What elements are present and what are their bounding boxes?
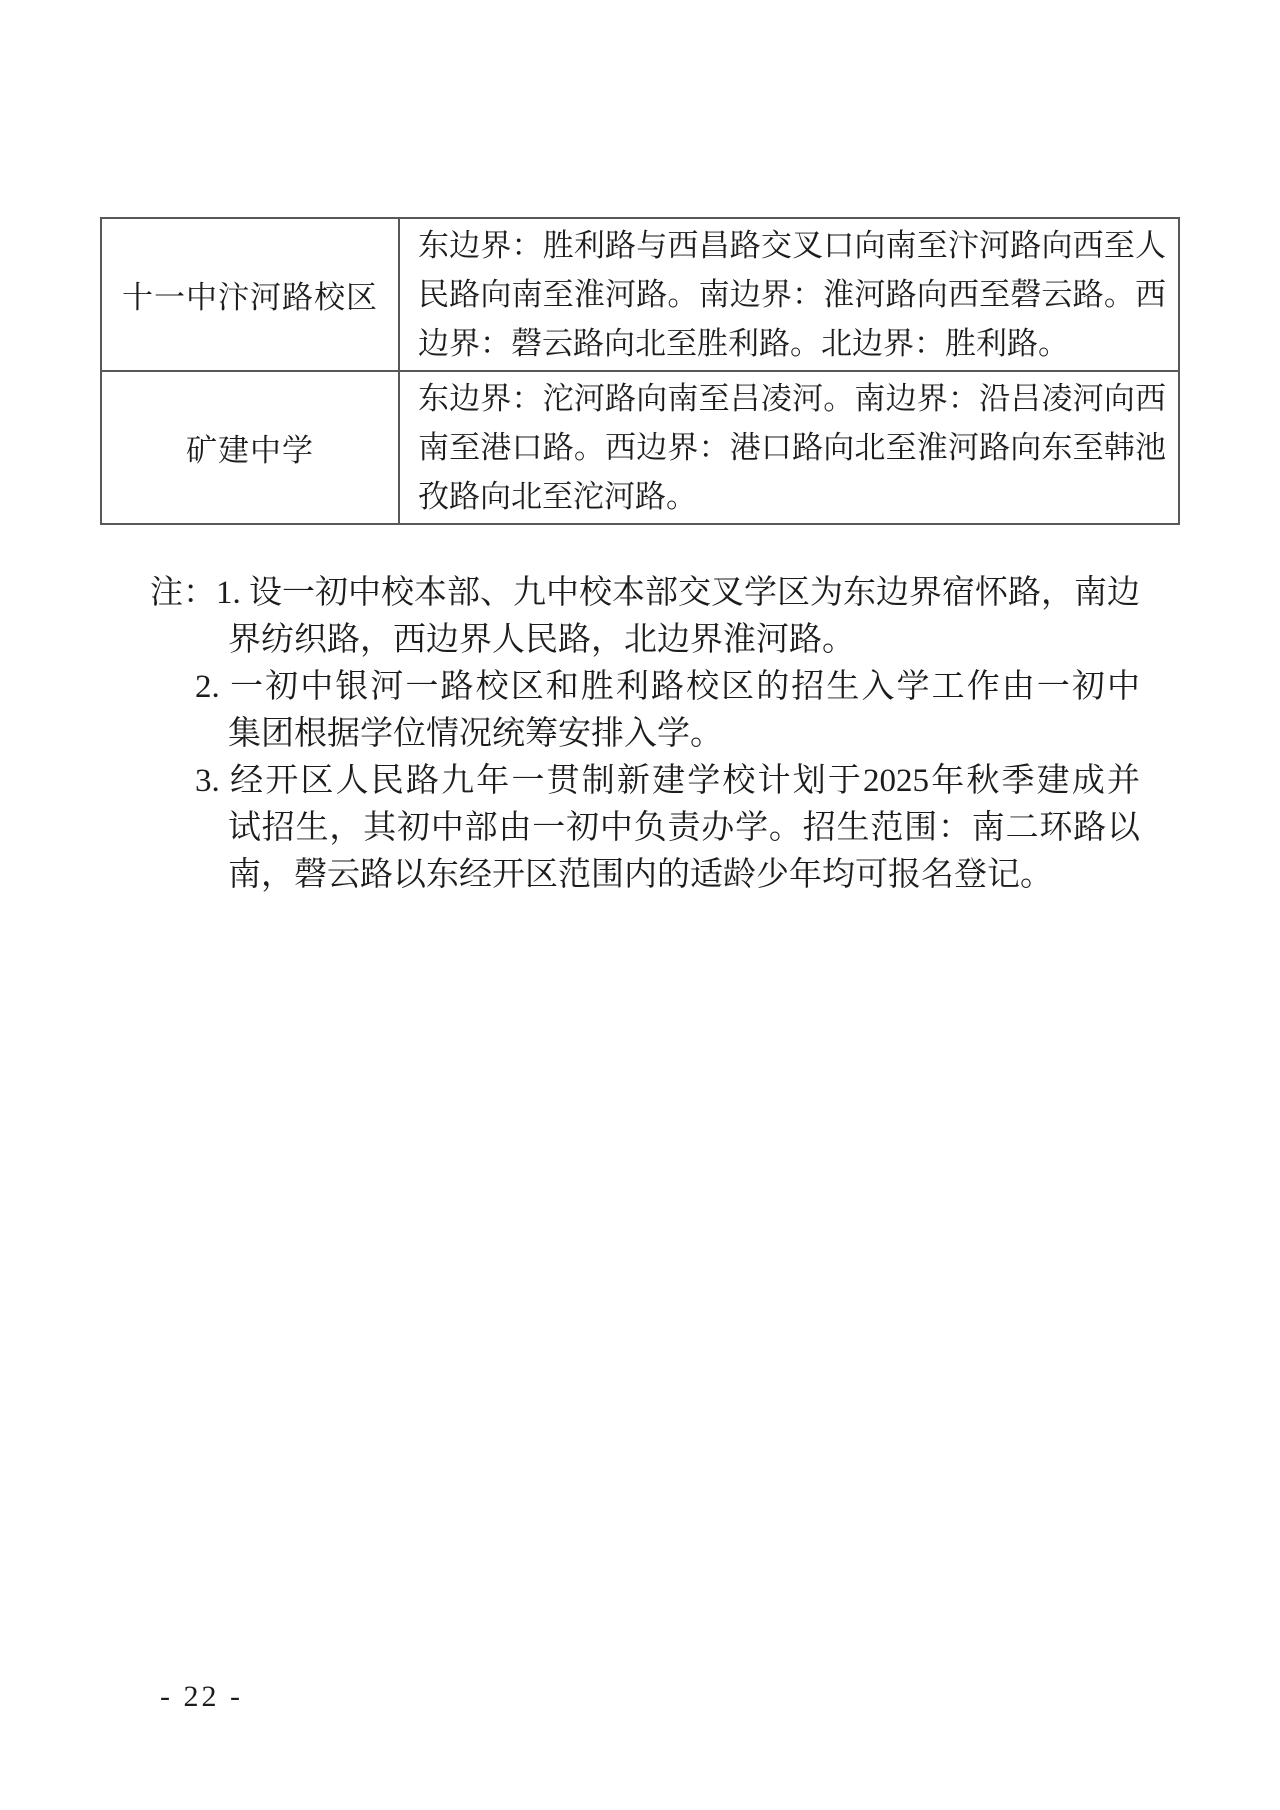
note-line: 集团根据学位情况统筹安排入学。 [228, 711, 1140, 758]
boundary-line: 东边界：胜利路与西昌路交叉口向南至汴河路向西至人 [418, 221, 1166, 270]
note-line: 注：1. 设一初中校本部、九中校本部交叉学区为东边界宿怀路，南边 [150, 570, 1140, 617]
boundary-line: 南至港口路。西边界：港口路向北至淮河路向东至韩池 [418, 423, 1166, 472]
note-line: 2. 一初中银河一路校区和胜利路校区的招生入学工作由一初中 [195, 664, 1140, 711]
school-name-cell: 十一中汴河路校区 [102, 219, 400, 370]
note-line: 3. 经开区人民路九年一贯制新建学校计划于2025年秋季建成并 [195, 758, 1140, 805]
note-line: 界纺织路，西边界人民路，北边界淮河路。 [228, 617, 1140, 664]
boundary-line: 东边界：沱河路向南至吕凌河。南边界：沿吕凌河向西 [418, 374, 1166, 423]
note-line: 南，磬云路以东经开区范围内的适龄少年均可报名登记。 [228, 852, 1140, 899]
boundary-line: 民路向南至淮河路。南边界：淮河路向西至磬云路。西 [418, 270, 1166, 319]
boundary-cell: 东边界：沱河路向南至吕凌河。南边界：沿吕凌河向西 南至港口路。西边界：港口路向北… [400, 372, 1178, 523]
table-row: 矿建中学 东边界：沱河路向南至吕凌河。南边界：沿吕凌河向西 南至港口路。西边界：… [102, 370, 1178, 523]
page-number: - 22 - [160, 1680, 243, 1714]
notes-section: 注：1. 设一初中校本部、九中校本部交叉学区为东边界宿怀路，南边 界纺织路，西边… [100, 570, 1180, 899]
boundary-line: 孜路向北至沱河路。 [418, 472, 1166, 521]
school-name-cell: 矿建中学 [102, 372, 400, 523]
note-line: 试招生，其初中部由一初中负责办学。招生范围：南二环路以 [228, 805, 1140, 852]
boundary-line: 边界：磬云路向北至胜利路。北边界：胜利路。 [418, 319, 1166, 368]
school-boundary-table: 十一中汴河路校区 东边界：胜利路与西昌路交叉口向南至汴河路向西至人 民路向南至淮… [100, 217, 1180, 525]
boundary-cell: 东边界：胜利路与西昌路交叉口向南至汴河路向西至人 民路向南至淮河路。南边界：淮河… [400, 219, 1178, 370]
table-row: 十一中汴河路校区 东边界：胜利路与西昌路交叉口向南至汴河路向西至人 民路向南至淮… [102, 219, 1178, 370]
